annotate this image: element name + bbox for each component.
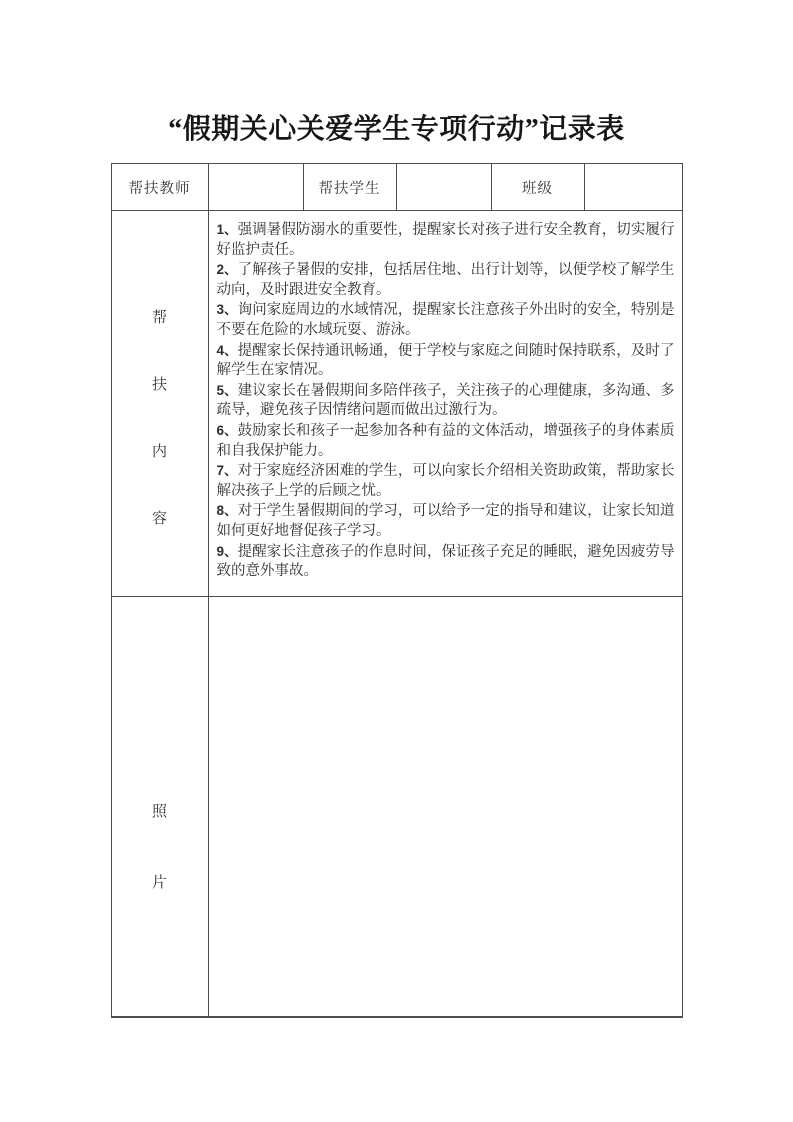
- item-text: 对于家庭经济困难的学生，可以向家长介绍相关资助政策，帮助家长解决孩子上学的后顾之…: [217, 463, 675, 499]
- photo-label-char: 照: [152, 800, 167, 821]
- content-label-stack: 帮 扶 内 容: [112, 280, 208, 528]
- teacher-label: 帮扶教师: [111, 164, 208, 211]
- teacher-name-field[interactable]: [208, 164, 303, 211]
- content-item: 1、强调暑假防溺水的重要性，提醒家长对孩子进行安全教育，切实履行好监护责任。: [217, 220, 675, 260]
- item-text: 鼓励家长和孩子一起参加各种有益的文体活动，增强孩子的身体素质和自我保护能力。: [217, 423, 675, 459]
- header-row: 帮扶教师 帮扶学生 班级: [111, 164, 682, 211]
- student-label: 帮扶学生: [303, 164, 396, 211]
- item-number: 1、: [217, 222, 238, 237]
- content-item: 6、鼓励家长和孩子一起参加各种有益的文体活动，增强孩子的身体素质和自我保护能力。: [217, 421, 675, 461]
- content-label-char: 扶: [152, 373, 167, 394]
- content-label-char: 内: [152, 440, 167, 461]
- content-item: 8、对于学生暑假期间的学习，可以给予一定的指导和建议，让家长知道如何更好地督促孩…: [217, 501, 675, 541]
- item-number: 6、: [217, 423, 238, 438]
- content-cell: 1、强调暑假防溺水的重要性，提醒家长对孩子进行安全教育，切实履行好监护责任。 2…: [208, 211, 682, 597]
- item-number: 8、: [217, 503, 238, 518]
- content-item: 9、提醒家长注意孩子的作息时间，保证孩子充足的睡眠，避免因疲劳导致的意外事故。: [217, 542, 675, 582]
- content-item: 2、了解孩子暑假的安排，包括居住地、出行计划等，以便学校了解学生动向，及时跟进安…: [217, 260, 675, 300]
- item-number: 7、: [217, 463, 238, 478]
- content-label-char: 容: [152, 507, 167, 528]
- item-number: 2、: [217, 262, 238, 277]
- item-text: 了解孩子暑假的安排，包括居住地、出行计划等，以便学校了解学生动向，及时跟进安全教…: [217, 262, 675, 298]
- item-number: 5、: [217, 383, 238, 398]
- item-number: 4、: [217, 343, 238, 358]
- content-item: 7、对于家庭经济困难的学生，可以向家长介绍相关资助政策，帮助家长解决孩子上学的后…: [217, 461, 675, 501]
- content-section-label: 帮 扶 内 容: [111, 211, 208, 597]
- record-table: 帮扶教师 帮扶学生 班级 帮 扶 内 容 1、强调暑假防溺水的重要性，提醒家长对…: [111, 163, 683, 1018]
- photo-area[interactable]: [208, 597, 682, 1017]
- content-label-char: 帮: [152, 306, 167, 327]
- content-item: 3、询问家庭周边的水域情况，提醒家长注意孩子外出时的安全，特别是不要在危险的水域…: [217, 300, 675, 340]
- photo-label-stack: 照 片: [112, 720, 208, 892]
- content-row: 帮 扶 内 容 1、强调暑假防溺水的重要性，提醒家长对孩子进行安全教育，切实履行…: [111, 211, 682, 597]
- photo-row: 照 片: [111, 597, 682, 1017]
- photo-section-label: 照 片: [111, 597, 208, 1017]
- class-name-field[interactable]: [584, 164, 682, 211]
- item-text: 提醒家长保持通讯畅通，便于学校与家庭之间随时保持联系，及时了解学生在家情况。: [217, 343, 675, 379]
- student-name-field[interactable]: [396, 164, 491, 211]
- item-text: 询问家庭周边的水域情况，提醒家长注意孩子外出时的安全，特别是不要在危险的水域玩耍…: [217, 302, 675, 338]
- page-title: “假期关心关爱学生专项行动”记录表: [0, 110, 793, 150]
- photo-label-char: 片: [152, 871, 167, 892]
- item-text: 对于学生暑假期间的学习，可以给予一定的指导和建议，让家长知道如何更好地督促孩子学…: [217, 503, 675, 539]
- item-text: 建议家长在暑假期间多陪伴孩子，关注孩子的心理健康，多沟通、多疏导，避免孩子因情绪…: [217, 383, 675, 419]
- class-label: 班级: [491, 164, 584, 211]
- item-text: 提醒家长注意孩子的作息时间，保证孩子充足的睡眠，避免因疲劳导致的意外事故。: [217, 544, 675, 580]
- item-number: 3、: [217, 302, 238, 317]
- content-item: 5、建议家长在暑假期间多陪伴孩子，关注孩子的心理健康，多沟通、多疏导，避免孩子因…: [217, 381, 675, 421]
- item-number: 9、: [217, 544, 238, 559]
- content-item: 4、提醒家长保持通讯畅通，便于学校与家庭之间随时保持联系，及时了解学生在家情况。: [217, 341, 675, 381]
- item-text: 强调暑假防溺水的重要性，提醒家长对孩子进行安全教育，切实履行好监护责任。: [217, 222, 675, 258]
